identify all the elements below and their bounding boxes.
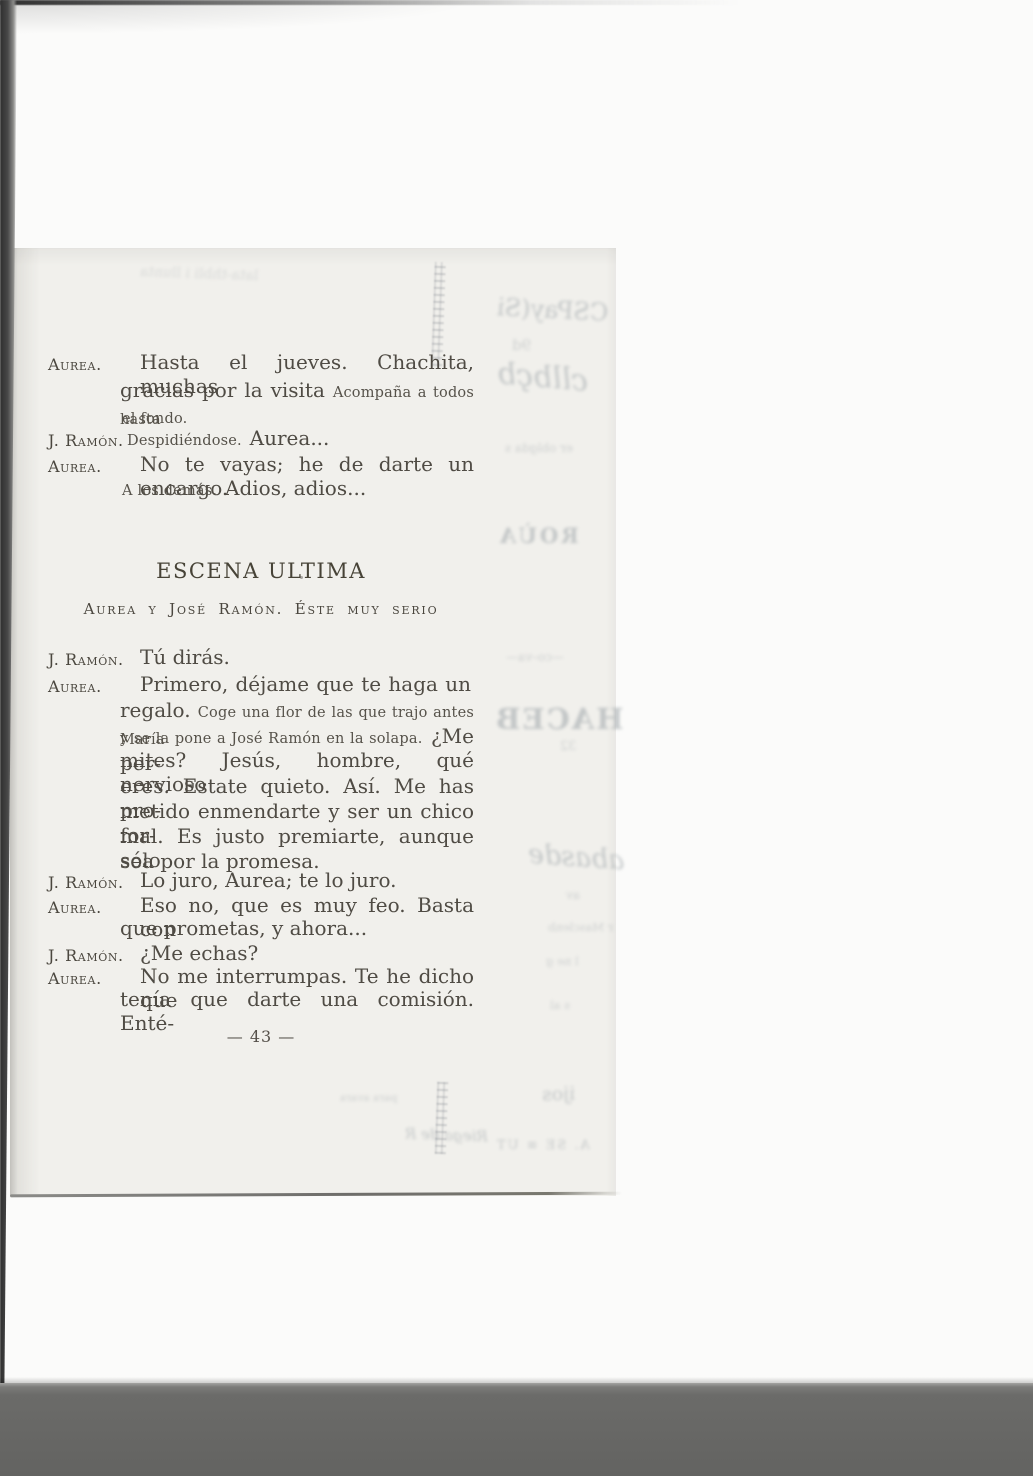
dialogue-text: gracias por la visita bbox=[120, 378, 333, 402]
stage-direction: el fondo. bbox=[122, 411, 187, 427]
ink-bleed-artifact: r Masclenb bbox=[548, 920, 613, 934]
print-artifact-dot bbox=[300, 576, 303, 579]
dialogue-line: J. Ramón. Despidiéndose. Aurea... bbox=[48, 426, 474, 453]
printed-text-block: Aurea. Hasta el jueves. Chachita, muchas… bbox=[48, 0, 474, 1476]
speaker-label: J. Ramón. bbox=[48, 429, 124, 453]
book-scan: CSPay(Si 9d cllbçb er oblgda s ROÙA —co–… bbox=[0, 0, 1033, 1476]
speaker-label: Aurea. bbox=[48, 353, 102, 377]
page-number: — 43 — bbox=[48, 1027, 474, 1046]
stage-direction: Despidiéndose. bbox=[127, 433, 247, 449]
ink-bleed-artifact: er oblgda s bbox=[505, 441, 573, 455]
ink-bleed-artifact: l ne g bbox=[546, 954, 579, 968]
scene-cast-note: Aurea y José Ramón. Éste muy serio bbox=[48, 600, 474, 618]
dialogue-text: que prometas, y ahora... bbox=[120, 916, 367, 940]
dialogue-text: Adios, adios... bbox=[225, 476, 366, 500]
scan-top-edge bbox=[0, 0, 740, 5]
dialogue-text: Primero, déjame que te haga un bbox=[140, 672, 471, 696]
speaker-label: J. Ramón. bbox=[48, 871, 124, 895]
ink-bleed-artifact: CSPay(Si bbox=[496, 293, 609, 327]
dialogue-text: regalo. bbox=[120, 698, 198, 722]
stage-direction: A los demás. bbox=[122, 483, 222, 499]
ink-bleed-artifact: ijos bbox=[542, 1082, 576, 1105]
ink-bleed-artifact: 32 bbox=[560, 739, 577, 754]
scan-top-shadow bbox=[0, 2, 560, 48]
dialogue-text: Lo juro, Aurea; te lo juro. bbox=[140, 868, 397, 892]
dialogue-line: A los demás. Adios, adios... bbox=[48, 476, 474, 503]
speaker-label: J. Ramón. bbox=[48, 648, 124, 672]
ink-bleed-artifact: av bbox=[566, 888, 580, 902]
dialogue-text: ¿Me echas? bbox=[140, 941, 258, 965]
speaker-label: Aurea. bbox=[48, 675, 102, 699]
dialogue-text: Tú dirás. bbox=[140, 645, 230, 669]
ink-bleed-artifact: A. SE ≡ UT bbox=[495, 1138, 590, 1153]
dialogue-line: J. Ramón. Tú dirás. bbox=[48, 645, 474, 672]
ink-bleed-artifact: 9d bbox=[512, 336, 531, 354]
scene-heading: ESCENA ULTIMA bbox=[48, 559, 474, 583]
dialogue-line: J. Ramón. Lo juro, Aurea; te lo juro. bbox=[48, 868, 474, 895]
ink-bleed-artifact: —co–va— bbox=[506, 650, 564, 664]
dialogue-text: Aurea... bbox=[250, 426, 330, 450]
ink-bleed-artifact: HACEB bbox=[494, 702, 624, 736]
stage-direction: y se la pone a José Ramón en la solapa. bbox=[120, 731, 428, 747]
dialogue-line: Aurea. Primero, déjame que te haga un bbox=[48, 672, 474, 699]
ink-bleed-artifact: abasde bbox=[527, 839, 626, 877]
scanner-bed-band bbox=[0, 1383, 1033, 1476]
ink-bleed-artifact: s al bbox=[550, 998, 570, 1012]
ink-bleed-artifact: ROÙA bbox=[497, 523, 579, 548]
dialogue-line: que prometas, y ahora... bbox=[48, 916, 474, 943]
